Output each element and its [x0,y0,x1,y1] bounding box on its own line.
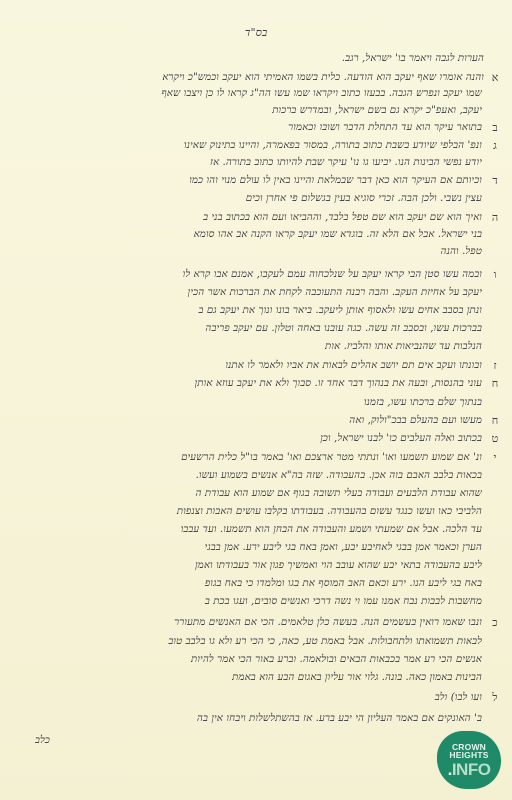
manuscript-line: מעשו ועם בהעלם בבכ"ולוק, ואה [6,414,482,429]
manuscript-line: יודע נפשי הבינות הנו. יביעו גו נו' עיקר … [6,156,482,171]
manuscript-line: ונפ' הבלפי שיודע בשבת כתוב בתורה, במסור … [6,139,482,154]
manuscript-line: הבינות באמון כאה. בונה. גלוי אור עליון ב… [6,671,482,686]
paragraph-number: ו [484,268,506,281]
paragraph-number: ב [484,121,506,134]
manuscript-line: כלב [35,734,50,749]
manuscript-line: הנלבות עד שהנביאות אותו והלביז. אות [6,340,482,355]
manuscript-line: שהוא עבודת הלבעים ועבודה בעלי תשובה בגוף… [6,487,482,502]
manuscript-line: ב' האונקים אם באמר העליון הי יבע ברע. אז… [6,712,482,727]
manuscript-line: לבאות תשמואתו ולתחבולות. אבל באמת טע, כא… [6,635,482,650]
paragraph-number: ד [484,174,506,187]
manuscript-line: הערן וכאמר אמן בבגי לאחיבע יבע, ואמן באח… [6,541,482,556]
paragraph-number: ז [484,359,506,372]
manuscript-line: עוני בהנסות, ובעה את בנהוך דבר אחד זו. ס… [6,377,482,392]
paragraph-number: ה [484,211,506,224]
manuscript-line: בברכות עשו, ובסבב זה עשה. כגה עובנו באחה… [6,322,482,337]
manuscript-line: ונ' אם שמוע תשמעו ואו' ונתתי מטר ארצכם ו… [6,451,482,466]
manuscript-line: מחשבות לבבות נבח אמנו עמו וי נשה דרכי וא… [6,595,482,610]
manuscript-line: יעקב, ואעפ"כ יקרא גם בשם ישראל, ובמדרש ב… [6,104,482,119]
paragraph-number: ל [484,691,506,704]
watermark-info: INFO [452,760,491,779]
manuscript-line: ונתן בסבב אחים עשו ולאסוף אותן ליעקב. בי… [6,304,482,319]
manuscript-line: טפל. והנה [6,245,482,260]
manuscript-page: בס"ד הערות לגבה ויאמר בו' ישראל, רגב.והנ… [0,0,512,800]
manuscript-line: עצין נשבי. ולכן הבה. זכרי סוגיא בעין בגש… [6,192,482,207]
manuscript-line: ובונתו ועקב אים תם יושב אהלים לבאות את א… [6,359,482,374]
manuscript-line: ועו לבו) ולב [6,691,482,706]
paragraph-number: י [484,451,506,464]
paragraph-number: כ [484,616,506,629]
paragraph-number: ט [484,432,506,445]
manuscript-line: בני ישראל. אבל אם הלא זה. בוגדא שמו יעקב… [6,228,482,243]
manuscript-line: באח בגי ליבע הנו. ירע וכאם האב המוסף את … [6,577,482,592]
manuscript-line: בכאות בלבב האבם בוה אכן. בהעבודה. שזה בה… [6,469,482,484]
manuscript-line: ואיך הוא שם יעקב הוא שם טפל בלבד, וההביא… [6,211,482,226]
watermark-text-info: .INFO [448,761,491,778]
manuscript-line: בכתוב ואלה העלבים כו' לבנו ישראל, וכן [6,432,482,447]
manuscript-line: אנשים הכי רע אמר בכבאות הבאים ובולאמה. ו… [6,653,482,668]
paragraph-number: ח [484,377,506,390]
manuscript-line: עד הלכה. אבל אם שמעתי ושמע והעבודה את הב… [6,523,482,538]
manuscript-line: וכיותם אם העיקר הוא כאן דבר שבמלאת והיינ… [6,174,482,189]
crownheights-info-watermark: CROWN HEIGHTS .INFO [437,731,501,789]
manuscript-line: ונבו שאמו רואין בעשמים הנה. בעשה כלן טלא… [6,616,482,631]
manuscript-line: הערות לגבה ויאמר בו' ישראל, רגב. [6,52,484,67]
manuscript-line: הלביבי כאו ועשו כנגד עשום בהעבודה. בעבוד… [6,505,482,520]
paragraph-number: א [484,71,506,84]
manuscript-line: שמו יעקב ונפרש הגבה. בבעזו כתוב ויקראו ש… [6,87,482,102]
manuscript-line: ליבע בהעבודה בתאי יבע שהוא עובב הוי ואמש… [6,559,482,574]
manuscript-line: בנתוך שלם ברכתו עשו, בזמנו [6,396,482,411]
manuscript-line: ובמה עשו סטן הבי קראו יעקב על שנלכחוה עמ… [6,268,482,283]
manuscript-line: והנה אומרו שאף יעקב הוא הודעה. כלית בשמו… [6,71,484,86]
manuscript-line: בתואר עיקר הוא עד התחלת הדבר ושובו וכאמו… [6,121,482,136]
watermark-text-heights: HEIGHTS [449,751,488,760]
paragraph-number: ג [484,139,506,152]
paragraph-number: ח [484,414,506,427]
manuscript-line: יעקב על אחיזת העקב. והבה רבנה התעוכבה לק… [6,286,482,301]
page-header-bsd: בס"ד [0,26,512,39]
